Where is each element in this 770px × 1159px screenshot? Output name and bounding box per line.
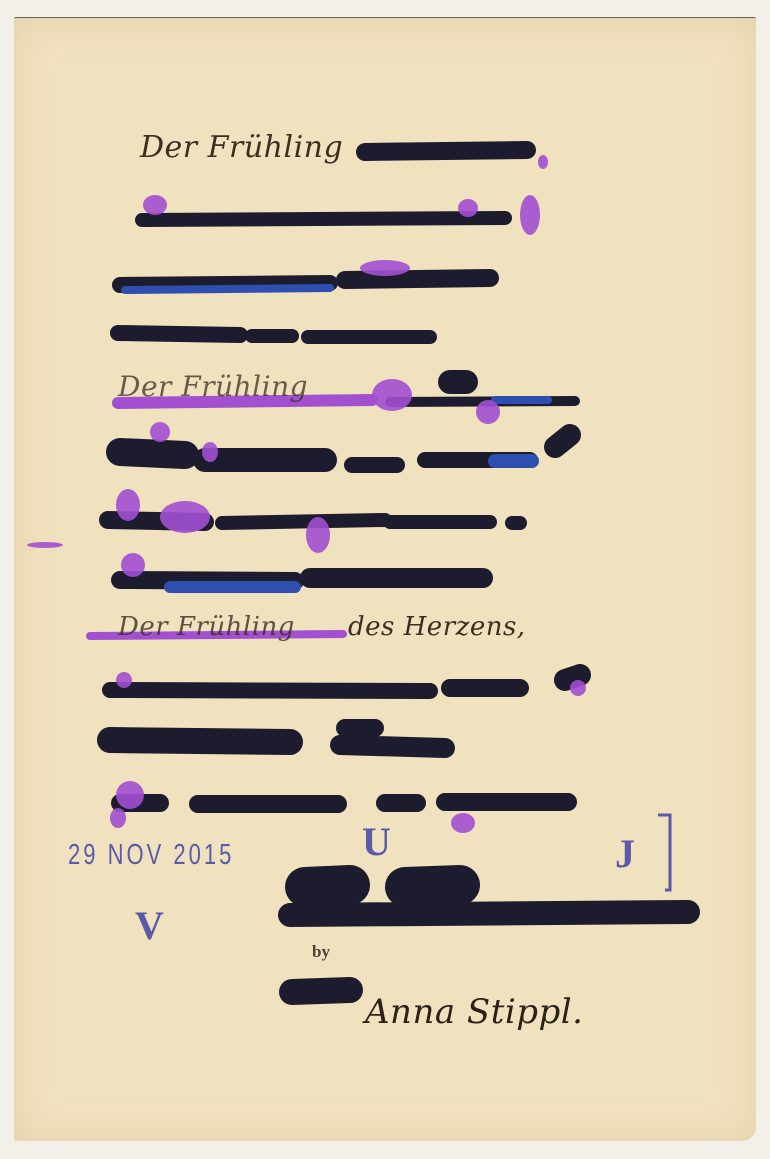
- author-signature: Anna Stippl.: [365, 992, 583, 1032]
- handwriting-struck-text: Der Frühling: [118, 612, 295, 642]
- stamp-letter-v: V: [135, 902, 164, 949]
- handwriting-visible-text: des Herzens,: [348, 612, 526, 642]
- stamp-letter-j: J: [615, 830, 635, 877]
- redaction-strokes: [0, 0, 770, 1159]
- handwriting-line-5: Der Frühling: [118, 370, 308, 403]
- date-stamp: 29 NOV 2015: [68, 838, 234, 872]
- by-label: by: [312, 942, 330, 962]
- stamp-letter-u: U: [362, 818, 391, 865]
- handwriting-line-1: Der Frühling: [140, 130, 343, 165]
